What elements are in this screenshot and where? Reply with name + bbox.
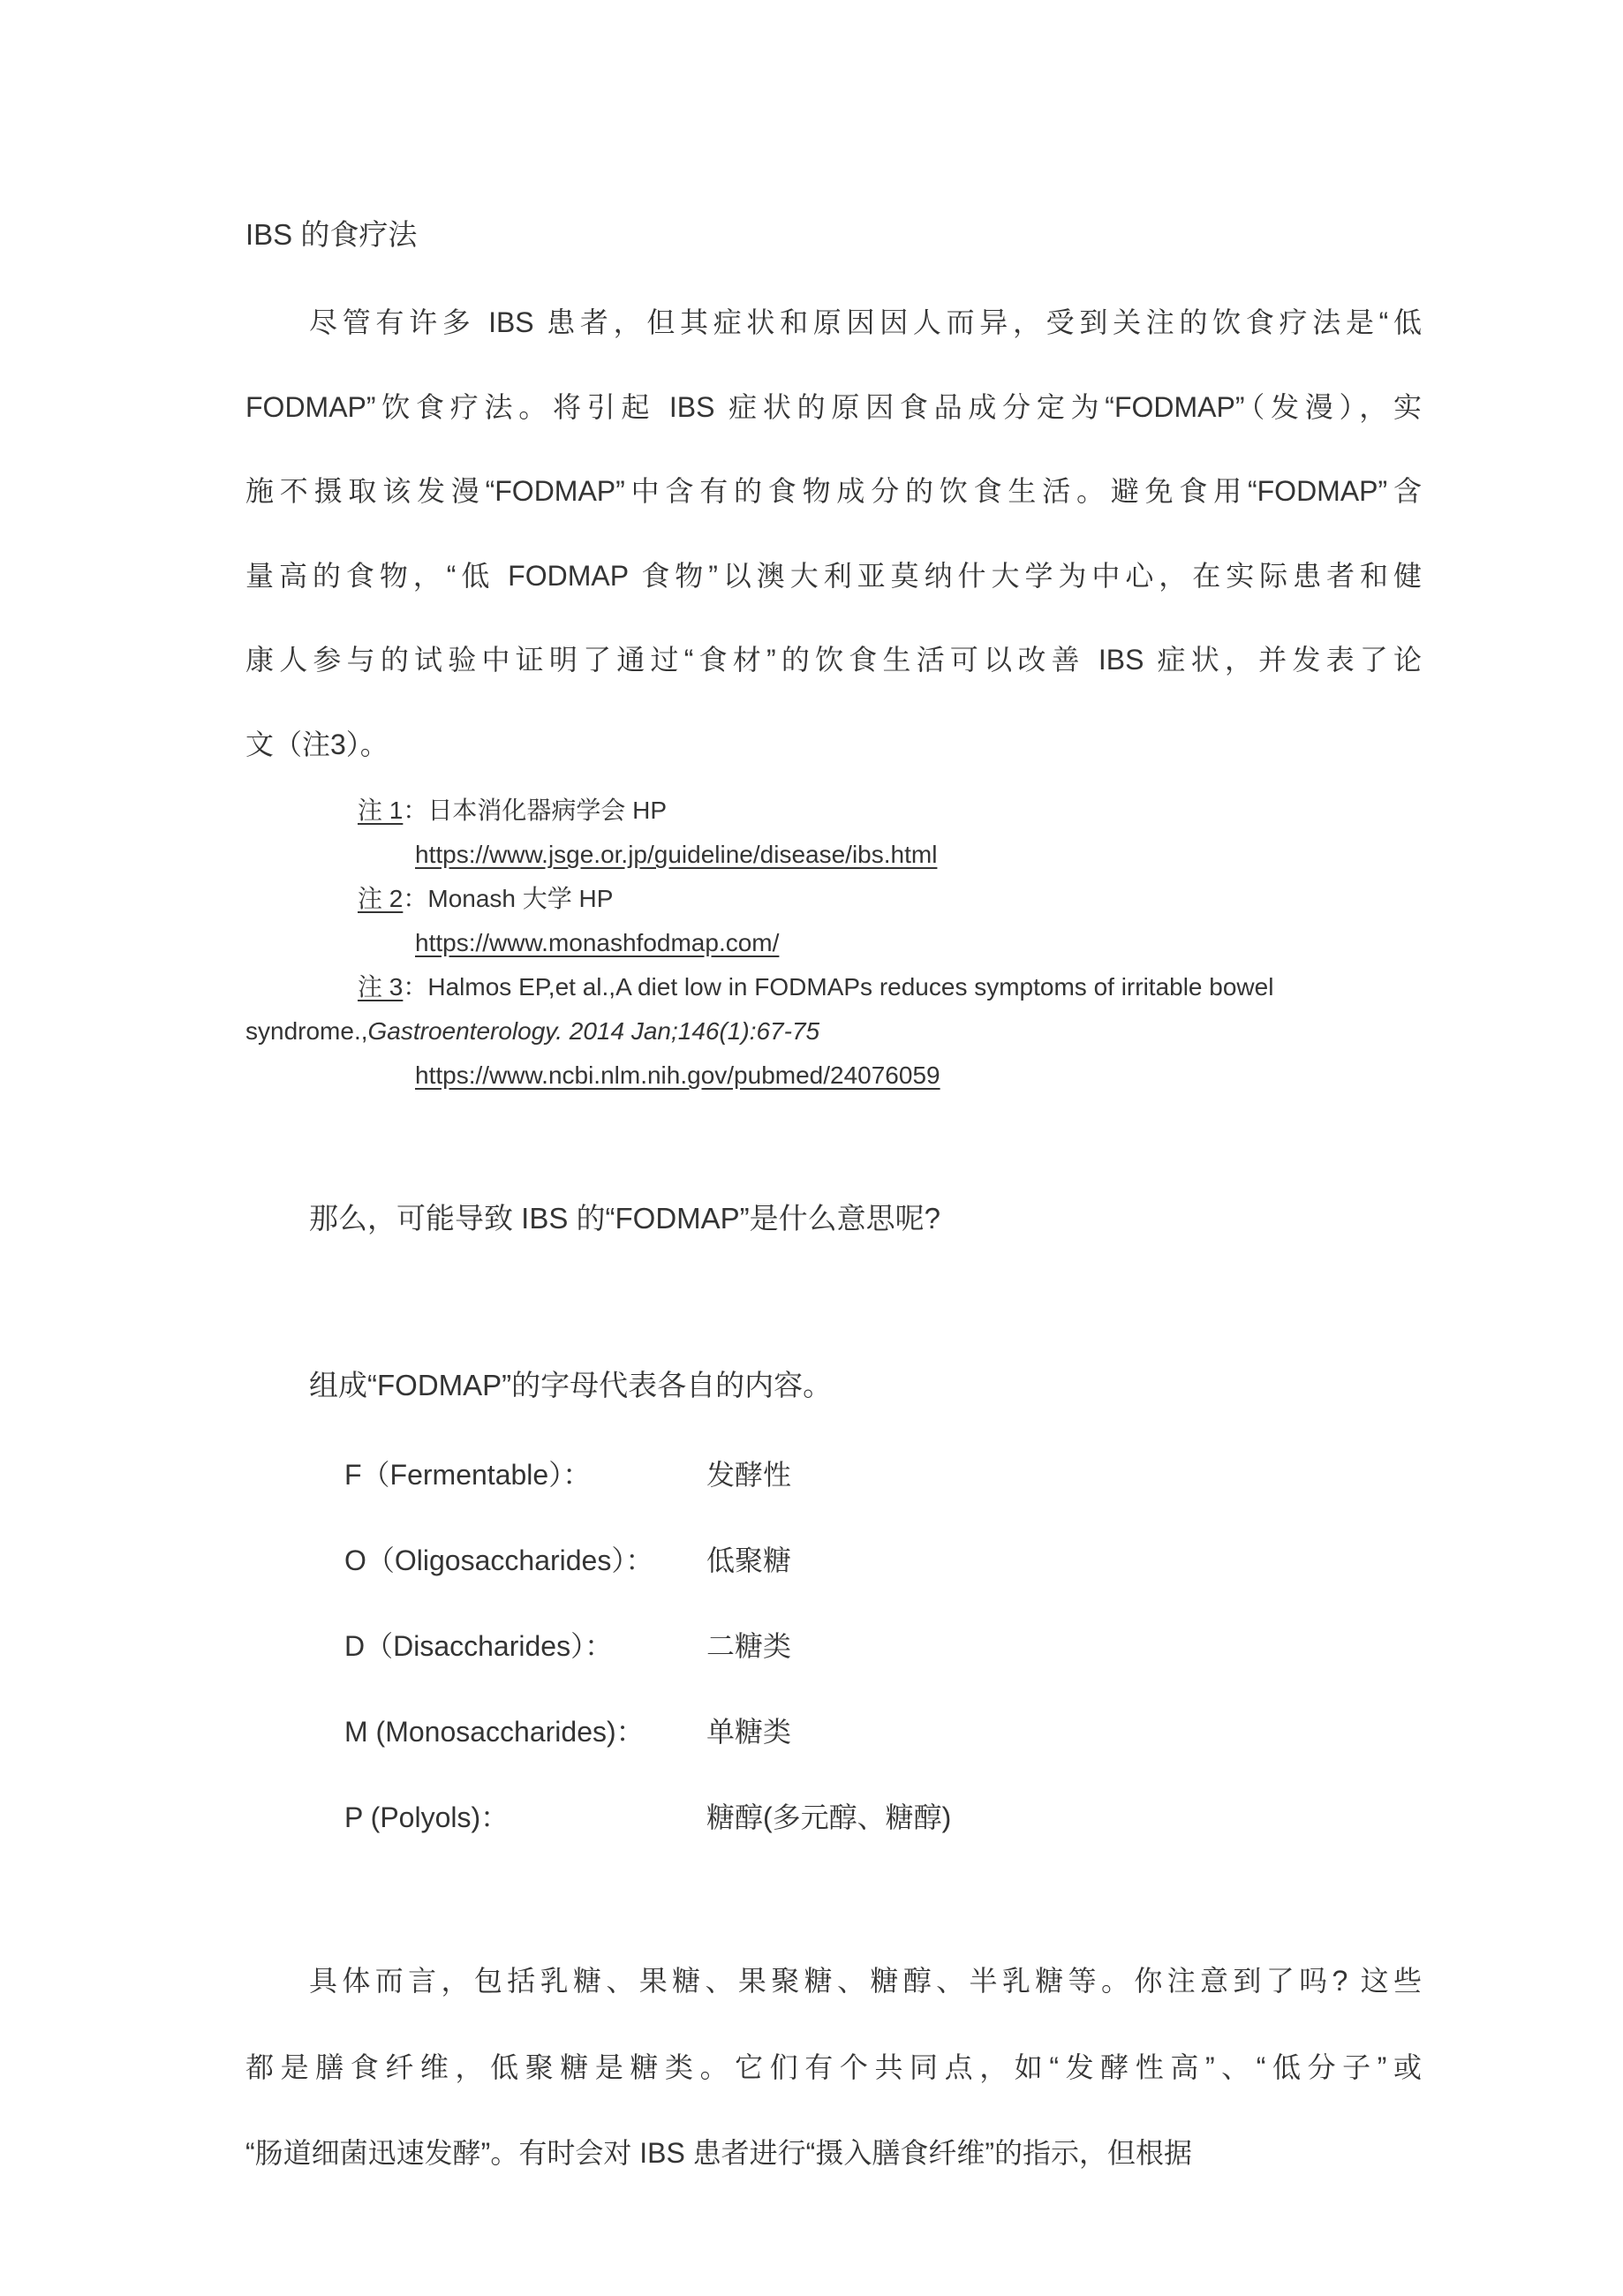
footnote-3-colon: ：	[403, 973, 427, 1001]
paragraph-line: 尽管有许多 IBS 患者，但其症状和原因因人而异，受到关注的饮食疗法是“低	[245, 281, 1422, 366]
question-line: 那么，可能导致 IBS 的“FODMAP”是什么意思呢?	[245, 1199, 1422, 1238]
fodmap-meaning: 单糖类	[706, 1689, 791, 1775]
document-title: IBS 的食疗法	[245, 217, 1422, 253]
footnote-3-url-link[interactable]: https://www.ncbi.nlm.nih.gov/pubmed/2407…	[415, 1061, 940, 1089]
footnote-3-wrap-line: syndrome.,Gastroenterology. 2014 Jan;146…	[245, 1009, 1552, 1054]
fodmap-row-f: F（Fermentable）： 发酵性	[245, 1432, 1422, 1518]
footnote-2-url-link[interactable]: https://www.monashfodmap.com/	[415, 929, 779, 956]
fodmap-term: P (Polyols)：	[245, 1775, 509, 1861]
footnote-1-url-link[interactable]: https://www.jsge.or.jp/guideline/disease…	[415, 841, 937, 868]
footnote-1: 注 1：日本消化器病学会 HP	[245, 789, 1552, 833]
footnote-3-citation-start: syndrome.,	[245, 1017, 368, 1045]
footnote-2: 注 2：Monash 大学 HP	[245, 877, 1552, 921]
fodmap-intro-line: 组成“FODMAP”的字母代表各自的内容。	[245, 1366, 1422, 1405]
footnotes-block: 注 1：日本消化器病学会 HP https://www.jsge.or.jp/g…	[245, 789, 1552, 1098]
fodmap-term: F（Fermentable）：	[245, 1432, 591, 1518]
footnote-3-text: Halmos EP,et al.,A diet low in FODMAPs r…	[427, 973, 1273, 1001]
fodmap-term: M (Monosaccharides)：	[245, 1689, 645, 1775]
footnote-2-label: 注 2	[358, 885, 403, 912]
fodmap-row-m: M (Monosaccharides)： 单糖类	[245, 1689, 1422, 1775]
paragraph-specifics: 具体而言，包括乳糖、果糖、果聚糖、糖醇、半乳糖等。你注意到了吗? 这些 都是膳食…	[245, 1938, 1422, 2197]
footnote-2-url-line: https://www.monashfodmap.com/	[245, 921, 1552, 965]
paragraph-line: 量高的食物，“低 FODMAP 食物”以澳大利亚莫纳什大学为中心，在实际患者和健	[245, 534, 1422, 619]
footnote-1-text: 日本消化器病学会 HP	[427, 797, 667, 824]
fodmap-meaning: 二糖类	[706, 1604, 791, 1689]
fodmap-meaning: 低聚糖	[706, 1518, 791, 1604]
fodmap-letter-list: F（Fermentable）： 发酵性 O（Oligosaccharides）：…	[245, 1432, 1422, 1861]
document-page: IBS 的食疗法 尽管有许多 IBS 患者，但其症状和原因因人而异，受到关注的饮…	[0, 0, 1623, 2296]
paragraph-line: 文（注3）。	[245, 703, 1422, 788]
footnote-1-label: 注 1	[358, 797, 403, 824]
fodmap-meaning: 糖醇(多元醇、糖醇)	[706, 1775, 951, 1861]
footnote-3: 注 3：Halmos EP,et al.,A diet low in FODMA…	[245, 965, 1552, 1009]
paragraph-line: 施不摄取该发漫“FODMAP”中含有的食物成分的饮食生活。避免食用“FODMAP…	[245, 449, 1422, 534]
fodmap-row-p: P (Polyols)： 糖醇(多元醇、糖醇)	[245, 1775, 1422, 1861]
footnote-2-colon: ：	[403, 885, 427, 912]
fodmap-meaning: 发酵性	[706, 1432, 791, 1518]
fodmap-term: O（Oligosaccharides）：	[245, 1518, 653, 1604]
fodmap-row-o: O（Oligosaccharides）： 低聚糖	[245, 1518, 1422, 1604]
paragraph-ibs-diet: 尽管有许多 IBS 患者，但其症状和原因因人而异，受到关注的饮食疗法是“低 FO…	[245, 281, 1422, 787]
paragraph-line: 具体而言，包括乳糖、果糖、果聚糖、糖醇、半乳糖等。你注意到了吗? 这些	[245, 1938, 1422, 2025]
footnote-3-label: 注 3	[358, 973, 403, 1001]
footnote-3-url-line: https://www.ncbi.nlm.nih.gov/pubmed/2407…	[245, 1054, 1552, 1098]
footnote-1-colon: ：	[403, 797, 427, 824]
footnote-2-text: Monash 大学 HP	[427, 885, 613, 912]
paragraph-line: 康人参与的试验中证明了通过“食材”的饮食生活可以改善 IBS 症状，并发表了论	[245, 618, 1422, 703]
fodmap-term: D（Disaccharides）：	[245, 1604, 613, 1689]
footnote-1-url-line: https://www.jsge.or.jp/guideline/disease…	[245, 833, 1552, 877]
footnote-3-journal-italic: Gastroenterology. 2014 Jan;146(1):67-75	[368, 1017, 820, 1045]
paragraph-line: FODMAP”饮食疗法。将引起 IBS 症状的原因食品成分定为“FODMAP”（…	[245, 366, 1422, 450]
paragraph-line: “肠道细菌迅速发酵”。有时会对 IBS 患者进行“摄入膳食纤维”的指示，但根据	[245, 2111, 1422, 2197]
paragraph-line: 都是膳食纤维，低聚糖是糖类。它们有个共同点，如“发酵性高”、“低分子”或	[245, 2025, 1422, 2111]
fodmap-row-d: D（Disaccharides）： 二糖类	[245, 1604, 1422, 1689]
